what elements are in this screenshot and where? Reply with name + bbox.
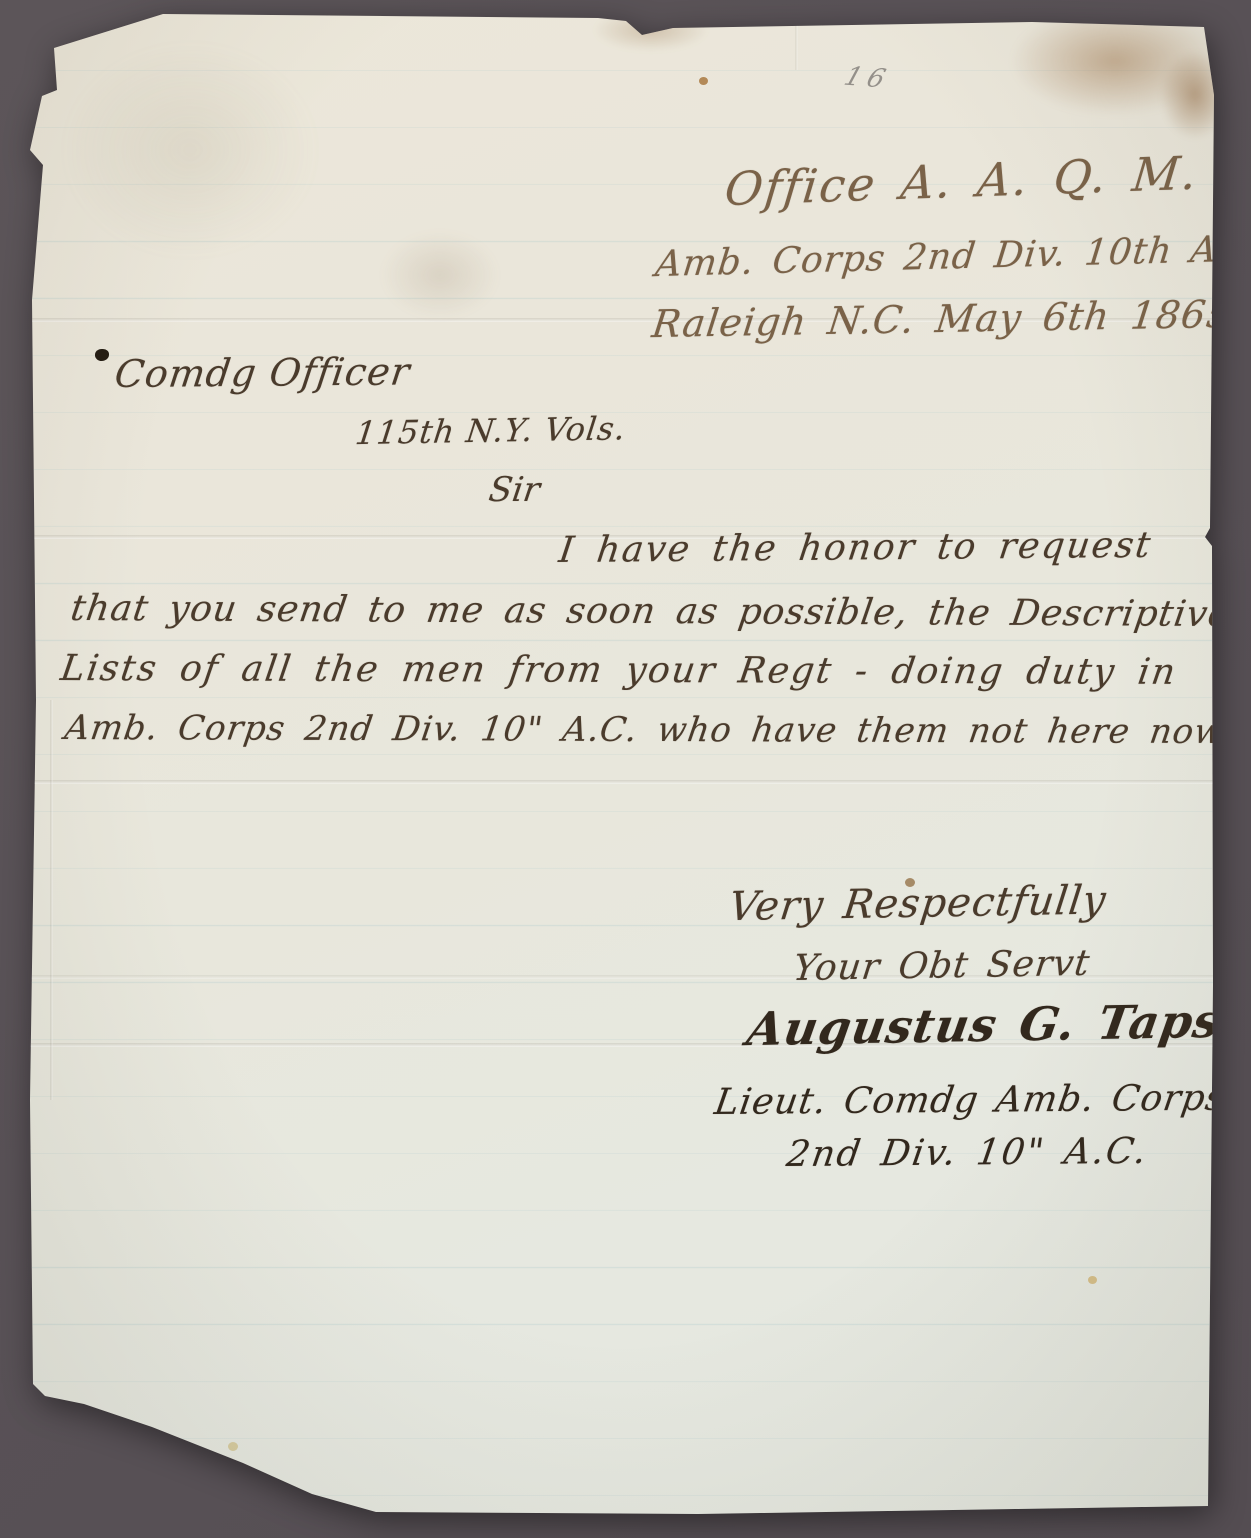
paper-vignette <box>0 0 1251 1538</box>
letter-paper: Office A. A. Q. M. Amb. Corps 2nd Div. 1… <box>0 0 1251 1538</box>
paper-shadow-wrapper: Office A. A. Q. M. Amb. Corps 2nd Div. 1… <box>0 0 1251 1538</box>
photograph-of-letter: Office A. A. Q. M. Amb. Corps 2nd Div. 1… <box>0 0 1251 1538</box>
